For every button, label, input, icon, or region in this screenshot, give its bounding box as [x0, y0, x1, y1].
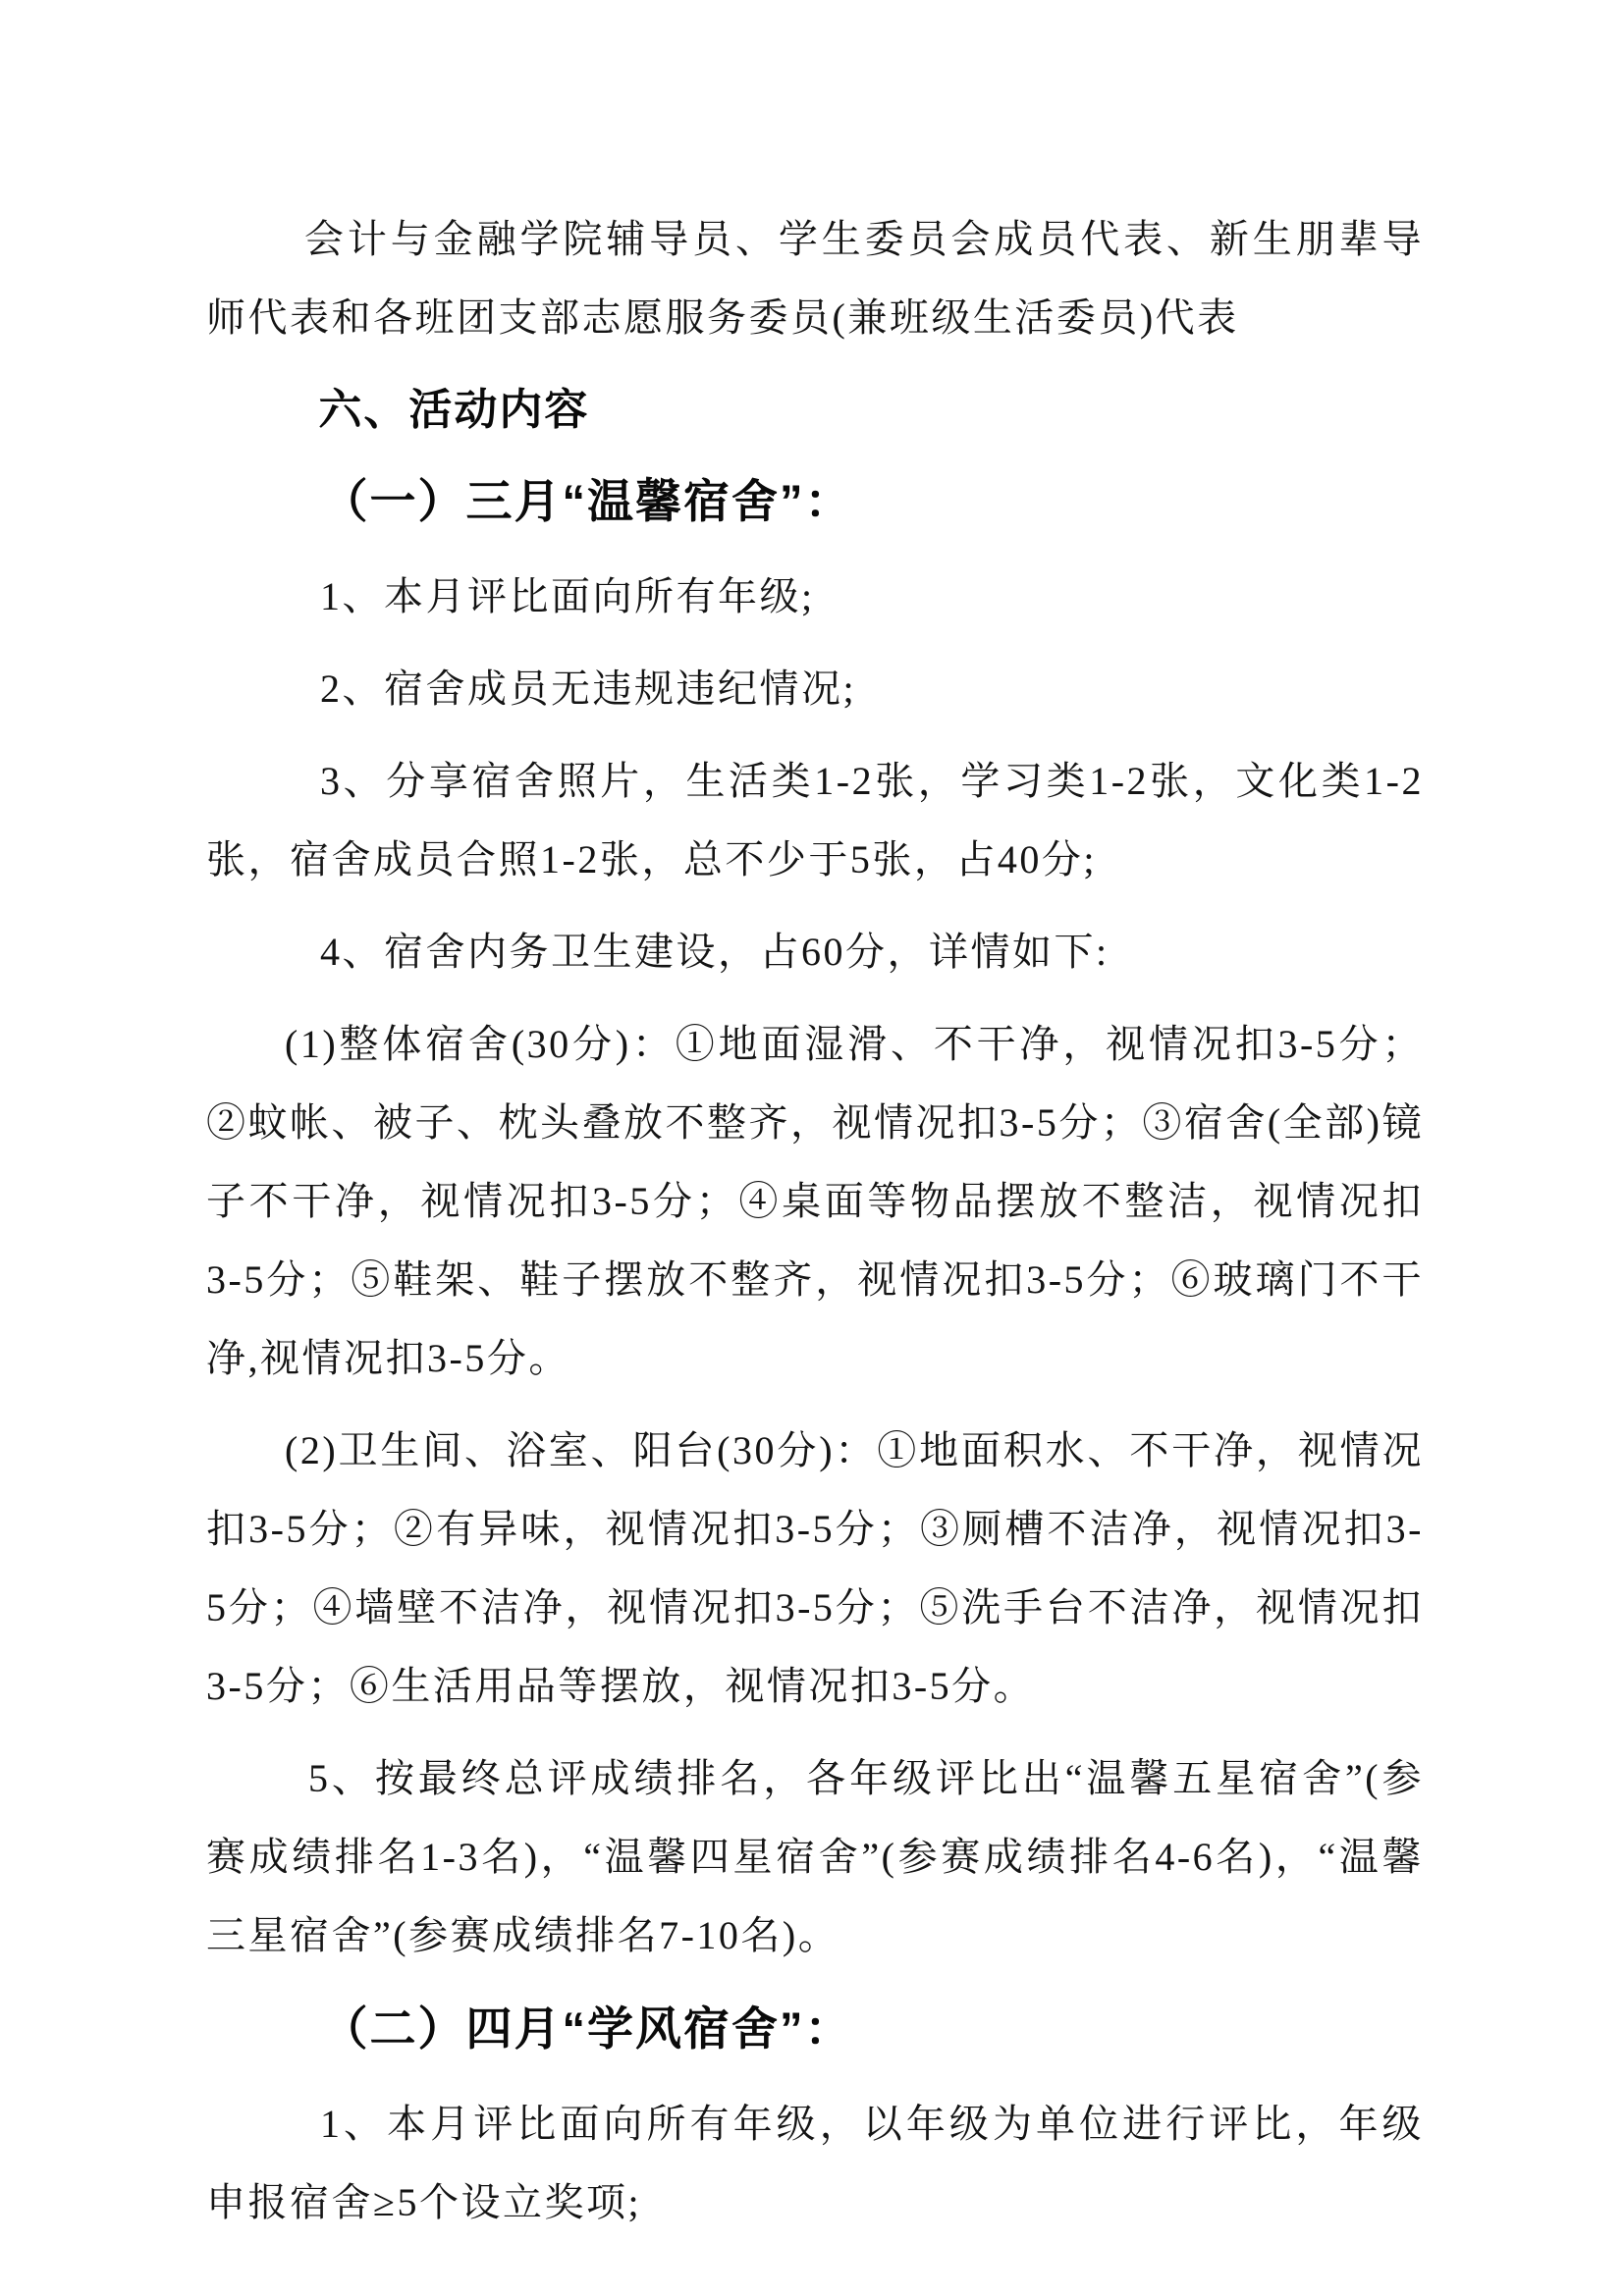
deduction-rules-overall-dorm: (1)整体宿舍(30分)：①地面湿滑、不干净，视情况扣3-5分；②蚊帐、被子、枕…	[206, 1005, 1424, 1398]
deduction-rules-bathroom-balcony: (2)卫生间、浴室、阳台(30分)：①地面积水、不干净，视情况扣3-5分；②有异…	[206, 1412, 1424, 1726]
march-item-5: 5、按最终总评成绩排名，各年级评比出“温馨五星宿舍”(参赛成绩排名1-3名)，“…	[206, 1739, 1424, 1975]
march-item-1: 1、本月评比面向所有年级;	[206, 558, 1424, 636]
document-page: 会计与金融学院辅导员、学生委员会成员代表、新生朋辈导师代表和各班团支部志愿服务委…	[0, 0, 1624, 2296]
intro-paragraph: 会计与金融学院辅导员、学生委员会成员代表、新生朋辈导师代表和各班团支部志愿服务委…	[206, 200, 1424, 357]
subsection-heading-april-dorm: （二）四月“学风宿舍”：	[206, 1989, 1424, 2069]
subsection-heading-march-dorm: （一）三月“温馨宿舍”：	[206, 461, 1424, 542]
march-item-3: 3、分享宿舍照片，生活类1-2张，学习类1-2张，文化类1-2张，宿舍成员合照1…	[206, 742, 1424, 899]
march-item-2: 2、宿舍成员无违规违纪情况;	[206, 650, 1424, 728]
march-item-4: 4、宿舍内务卫生建设，占60分，详情如下:	[206, 913, 1424, 991]
april-item-1: 1、本月评比面向所有年级，以年级为单位进行评比，年级申报宿舍≥5个设立奖项;	[206, 2085, 1424, 2242]
section-heading-activity-content: 六、活动内容	[206, 371, 1424, 450]
